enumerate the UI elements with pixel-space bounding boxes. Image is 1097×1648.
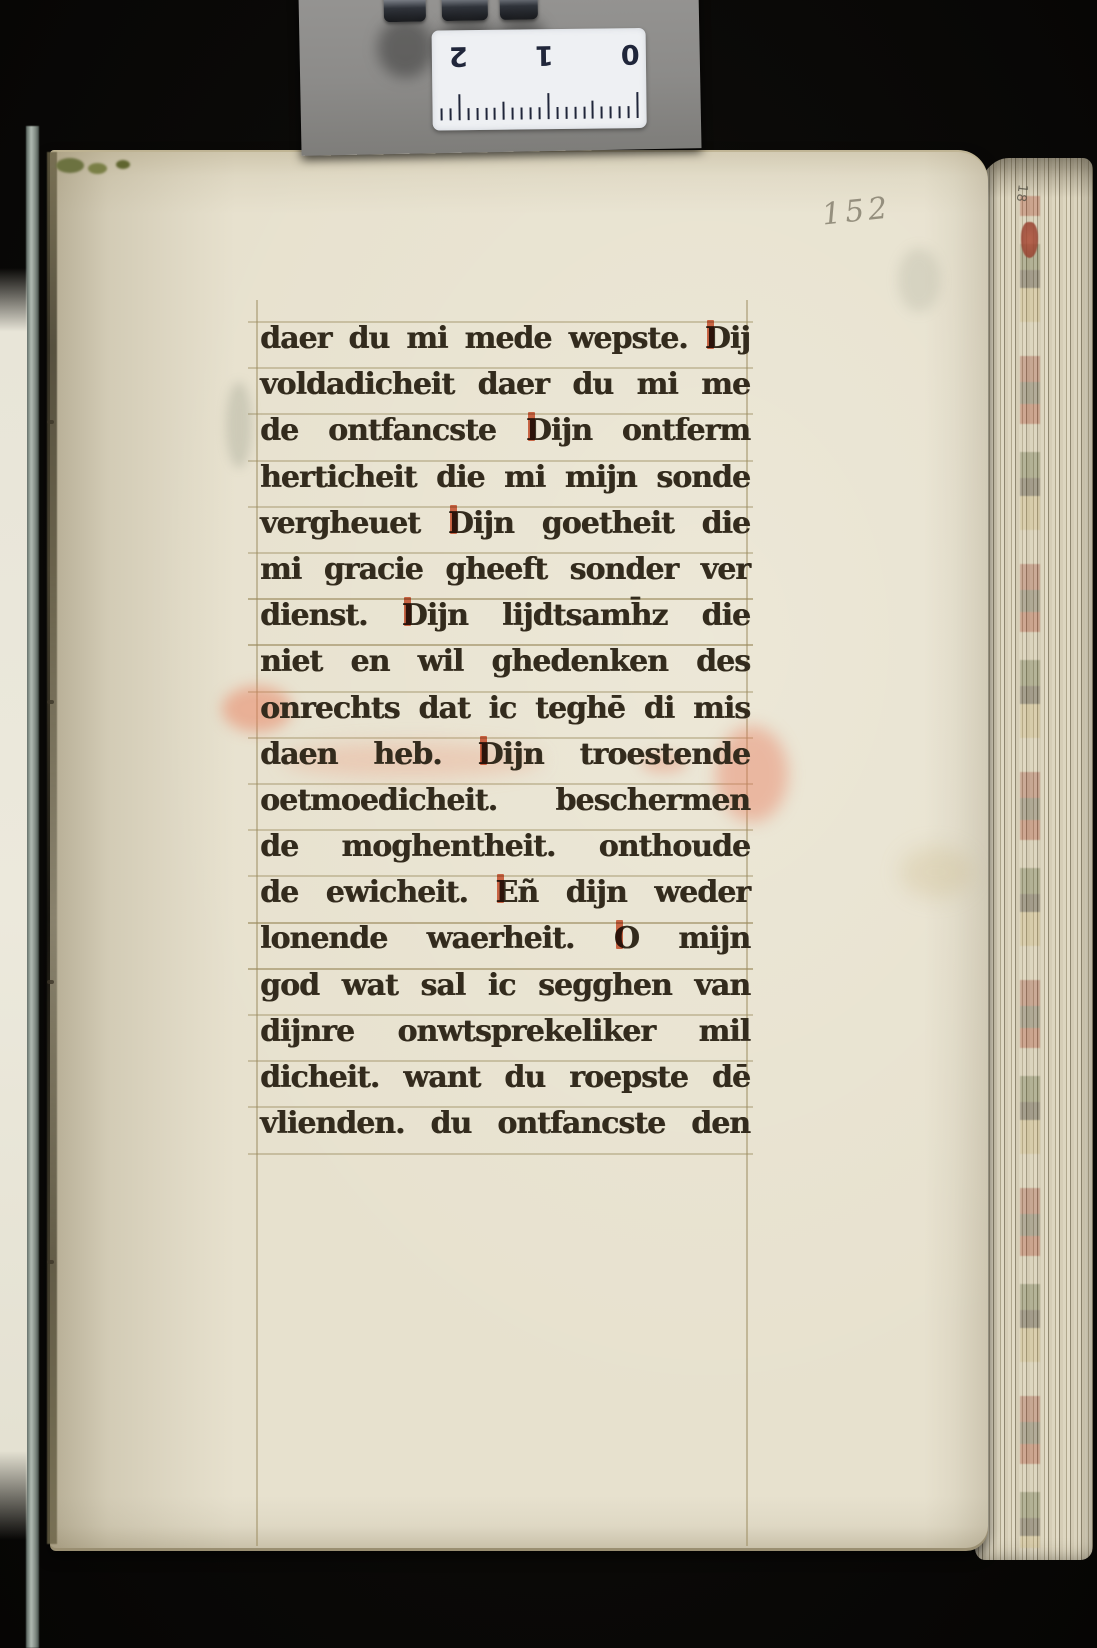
ruler-tick [619,106,621,118]
rubricated-initial: D [448,501,473,547]
ruler-numbers: 210 [432,38,646,73]
text-line: voldadicheit daer du mi me [260,362,750,408]
ruler-tick [458,94,460,120]
ruler-tick [610,106,612,118]
text-segment: voldadicheit daer du mi me [260,367,750,402]
ruler-tick [574,107,576,119]
page-number: 152 [820,190,893,232]
foreedge-pencil-number: 18 [1013,183,1030,203]
ruler-tick [521,107,523,119]
text-line: mi gracie gheeft sonder ver [260,547,750,593]
rubricated-initial: E [495,870,517,916]
text-segment: dienst. [260,598,402,633]
offset-smudge [900,846,972,898]
ruler-number: 0 [621,38,640,69]
text-segment: de ewicheit. [260,875,495,910]
ruler-tick [449,108,451,120]
ruler-tick [565,107,567,119]
ruler-number: 1 [535,39,554,70]
rubricated-initial: D [478,732,503,778]
rubricated-initial: D [705,316,730,362]
ruler-tick [547,93,549,119]
text-line: onrechts dat ic teghē di mis [260,686,750,732]
ruler-tick [485,108,487,120]
text-segment: onrechts dat ic teghē di mis [260,691,750,726]
text-segment: mi gracie gheeft sonder ver [260,552,750,587]
sewing-mark [47,1260,54,1264]
text-line: daen heb. Dijn troestende [260,732,750,778]
text-line: god wat sal ic segghen van [260,963,750,1009]
ruler-tick [628,106,630,118]
ruler-number: 2 [449,40,468,71]
rubricated-initial: O [614,916,639,962]
text-segment: de moghentheit. onthoude [260,829,750,864]
rubricated-initial: D [526,408,551,454]
ruler-tick [530,107,532,119]
sewing-mark [47,420,54,424]
text-segment: dicheit. want du roepste dē [260,1060,750,1095]
text-line: daer du mi mede wepste. Dij [260,316,750,362]
ruler-tick [503,102,505,120]
clamp-strip [26,126,39,1648]
text-segment: ijn troestende [503,737,750,772]
sewing-mark [47,700,54,704]
text-line: vergheuet Dijn goetheit die [260,501,750,547]
text-line: de moghentheit. onthoude [260,824,750,870]
ruler-tick [601,106,603,118]
rubricated-initial: D [402,593,427,639]
text-line: lonende waerheit. O mijn [260,916,750,962]
text-segment: dijnre onwtsprekeliker mil [260,1014,750,1049]
text-segment: mijn [639,921,750,956]
ruling-hline [248,1153,753,1155]
ruling-vline-left [256,300,258,1546]
text-segment: ij [730,321,750,356]
red-decoration-glimpse [1021,222,1038,258]
ruler-tick [467,108,469,120]
binding-residue-clump [56,158,84,173]
text-segment: ijn goetheit die [473,506,750,541]
text-line: dienst. Dijn lijdtsamh̄z die [260,593,750,639]
text-segment: daen heb. [260,737,478,772]
text-block: daer du mi mede wepste. Dijvoldadicheit … [260,316,750,1147]
sewing-mark [47,980,54,984]
gutter-seam [47,152,57,1544]
text-segment: herticheit die mi mijn sonde [260,460,750,495]
text-line: de ontfancste Dijn ontferm [260,408,750,454]
text-line: dicheit. want du roepste dē [260,1055,750,1101]
ruler-tick [476,108,478,120]
text-segment: oetmoedicheit. beschermen [260,783,750,818]
text-line: herticheit die mi mijn sonde [260,455,750,501]
clip-shadow [377,17,434,78]
decorated-page-edges [1020,196,1040,1548]
ruler-tick [441,108,443,120]
ruler-tick [556,107,558,119]
text-line: dijnre onwtsprekeliker mil [260,1009,750,1055]
color-card: 210 [298,0,701,156]
text-segment: ijn lijdtsamh̄z die [427,598,750,633]
ruler-tick [636,92,638,118]
text-line: niet en wil ghedenken des [260,639,750,685]
ruler-tick [583,107,585,119]
binding-residue-clump [116,160,130,169]
offset-smudge [898,248,940,312]
manuscript-photo: 18 152 daer du mi mede wepste. Dijvoldad… [0,0,1097,1648]
text-line: oetmoedicheit. beschermen [260,778,750,824]
offset-smudge [226,382,252,468]
ruler-ticks [440,78,638,120]
ruler-tick [538,107,540,119]
text-segment: niet en wil ghedenken des [260,644,750,679]
text-segment: vlienden. du ontfancste den [260,1106,750,1141]
text-segment: god wat sal ic segghen van [260,968,750,1003]
text-segment: de ontfancste [260,413,526,448]
ruler-sticker: 210 [432,28,647,131]
text-segment: ñ dijn weder [517,875,750,910]
text-segment: daer du mi mede wepste. [260,321,705,356]
text-segment: ijn ontferm [551,413,750,448]
verso-page-sliver [0,268,27,1540]
text-segment: lonende waerheit. [260,921,614,956]
text-line: de ewicheit. Eñ dijn weder [260,870,750,916]
text-line: vlienden. du ontfancste den [260,1101,750,1147]
ruler-tick [494,108,496,120]
ruler-tick [512,108,514,120]
text-segment: vergheuet [260,506,448,541]
ruler-tick [592,101,594,119]
binding-residue-clump [88,163,107,174]
